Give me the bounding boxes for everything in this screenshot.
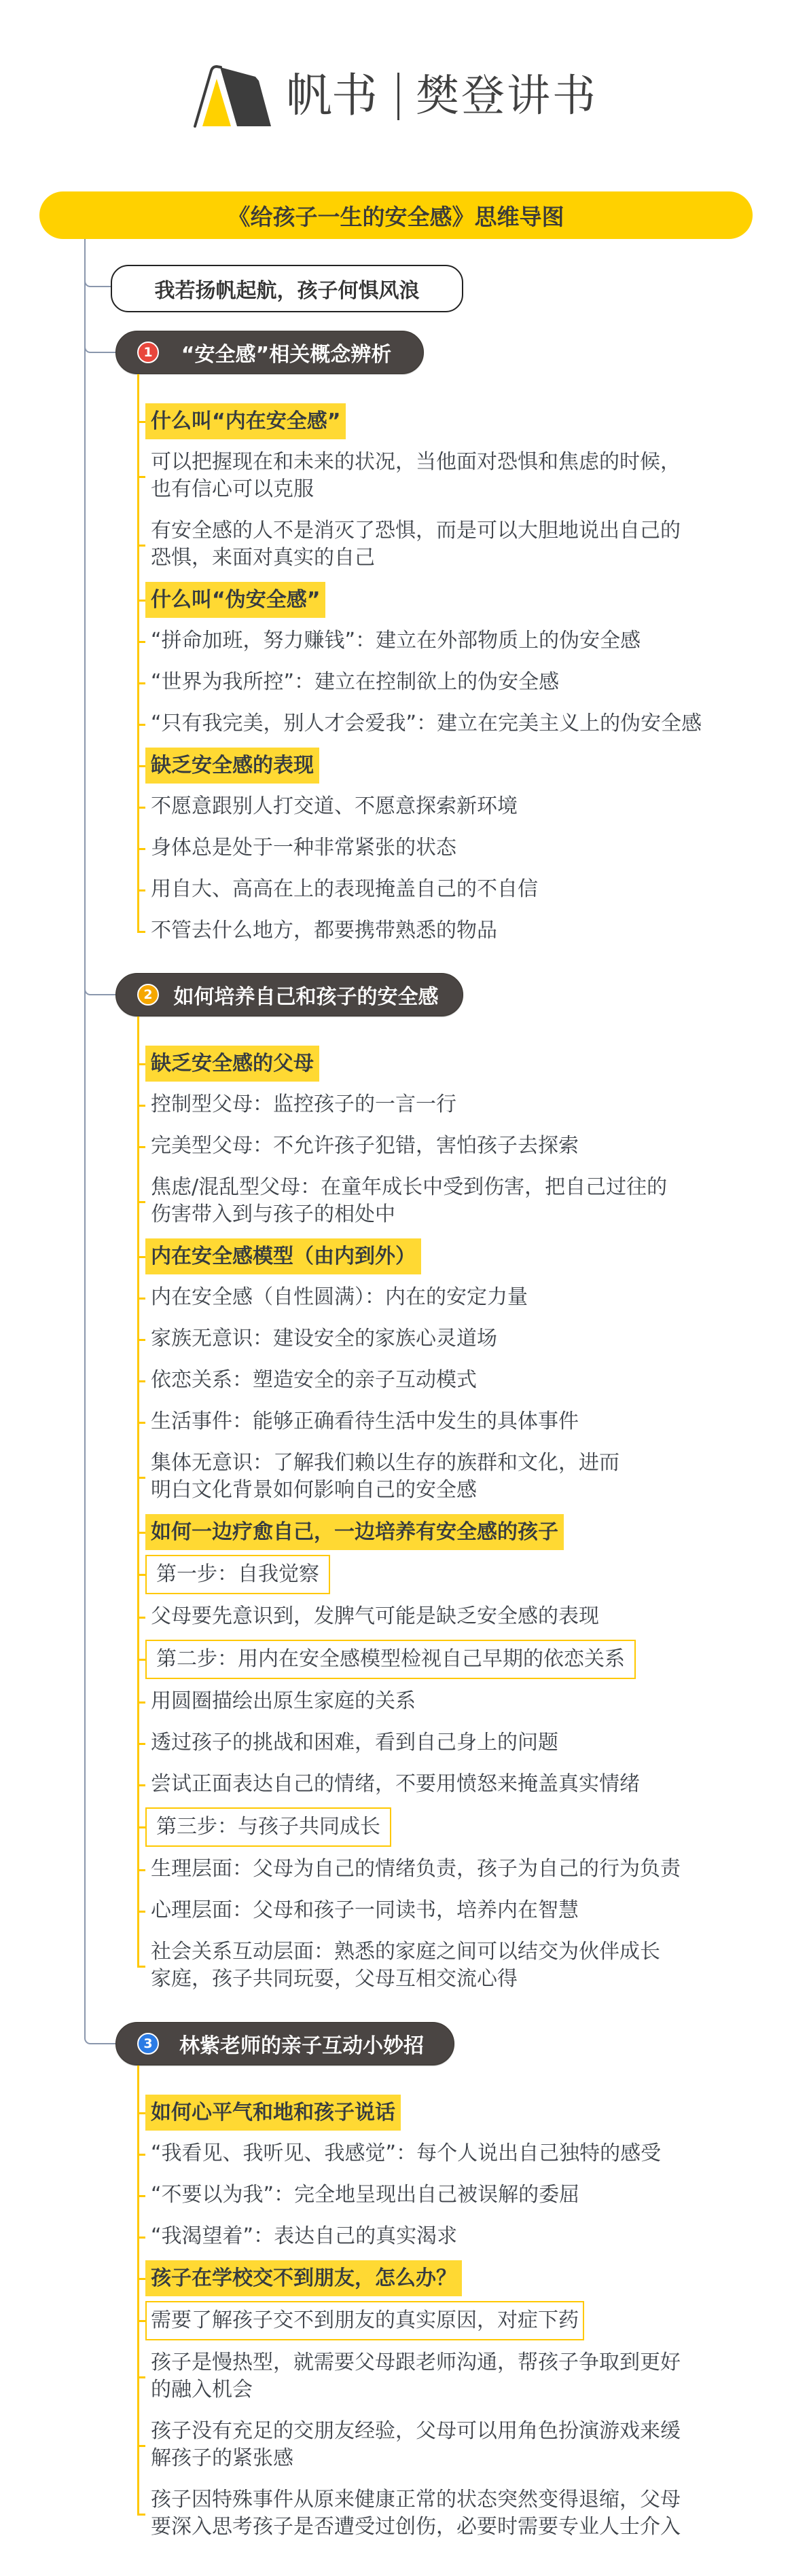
- topic-text: 焦虑/混乱型父母：在童年成长中受到伤害，把自己过往的 伤害带入到与孩子的相处中: [145, 1167, 681, 1236]
- topic-text: 依恋关系：塑造安全的亲子互动模式: [145, 1360, 681, 1401]
- topic-heading: 孩子在学校交不到朋友，怎么办？: [145, 2258, 681, 2299]
- topic-text: 控制型父母：监控孩子的一言一行: [145, 1084, 681, 1126]
- text-label: 孩子是慢热型，就需要父母跟老师沟通，帮孩子争取到更好 的融入机会: [145, 2349, 681, 2404]
- section-title: 如何培养自己和孩子的安全感: [159, 980, 453, 1010]
- text-label: 集体无意识：了解我们赖以生存的族群和文化，进而 明白文化背景如何影响自己的安全感: [145, 1450, 681, 1504]
- text-label: 有安全感的人不是消灭了恐惧，而是可以大胆地说出自己的 恐惧，来面对真实的自己: [145, 517, 702, 572]
- text-label: 身体总是处于一种非常紧张的状态: [145, 834, 702, 862]
- topic-step-box: 需要了解孩子交不到朋友的真实原因，对症下药: [145, 2299, 681, 2342]
- heading-label: 内在安全感模型（由内到外）: [145, 1238, 421, 1274]
- number-3-badge-icon: 3: [137, 2033, 159, 2055]
- topic-heading: 内在安全感模型（由内到外）: [145, 1236, 681, 1277]
- number-2-badge-icon: 2: [137, 984, 159, 1006]
- topic-text: 透过孩子的挑战和困难，看到自己身上的问题: [145, 1723, 681, 1764]
- topic-step-box: 第一步：自我觉察: [145, 1553, 681, 1596]
- section-topics: 如何心平气和地和孩子说话 “我看见、我听见、我感觉”：每个人说出自己独特的感受 …: [137, 2065, 681, 2548]
- brand-divider: [397, 73, 399, 120]
- section-topics: 缺乏安全感的父母 控制型父母：监控孩子的一言一行 完美型父母：不允许孩子犯错，害…: [137, 1016, 681, 2000]
- text-label: “世界为我所控”：建立在控制欲上的伪安全感: [145, 669, 702, 696]
- trunk-connector-line: [84, 239, 86, 2037]
- text-label: 生理层面：父母为自己的情绪负责，孩子为自己的行为负责: [145, 1856, 681, 1883]
- section-header: 2 如何培养自己和孩子的安全感: [115, 973, 463, 1016]
- text-label: “我看见、我听见、我感觉”：每个人说出自己独特的感受: [145, 2140, 681, 2167]
- topic-text: “我渴望着”：表达自己的真实渴求: [145, 2216, 681, 2258]
- text-label: 心理层面：父母和孩子一同读书，培养内在智慧: [145, 1897, 681, 1924]
- heading-label: 什么叫“内在安全感”: [145, 403, 346, 439]
- step-label: 第一步：自我觉察: [145, 1555, 330, 1594]
- text-label: 控制型父母：监控孩子的一言一行: [145, 1091, 681, 1118]
- topic-text: 生理层面：父母为自己的情绪负责，孩子为自己的行为负责: [145, 1849, 681, 1890]
- text-label: 父母要先意识到，发脾气可能是缺乏安全感的表现: [145, 1603, 681, 1630]
- section-title: 林紫老师的亲子互动小妙招: [159, 2029, 444, 2059]
- topic-text: 心理层面：父母和孩子一同读书，培养内在智慧: [145, 1890, 681, 1932]
- text-label: 不愿意跟别人打交道、不愿意探索新环境: [145, 793, 702, 820]
- brand-logo-name: 帆书: [286, 73, 377, 119]
- section-header: 1 “安全感”相关概念辨析: [115, 331, 424, 374]
- text-label: 生活事件：能够正确看待生活中发生的具体事件: [145, 1408, 681, 1435]
- text-label: 孩子因特殊事件从原来健康正常的状态突然变得退缩，父母 要深入思考孩子是否遭受过创…: [145, 2486, 681, 2541]
- text-label: 不管去什么地方，都要携带熟悉的物品: [145, 917, 702, 944]
- text-label: “我渴望着”：表达自己的真实渴求: [145, 2223, 681, 2250]
- text-label: 社会关系互动层面：熟悉的家庭之间可以结交为伙伴成长 家庭，孩子共同玩耍，父母互相…: [145, 1938, 681, 1993]
- topic-text: 社会关系互动层面：熟悉的家庭之间可以结交为伙伴成长 家庭，孩子共同玩耍，父母互相…: [145, 1932, 681, 2000]
- topic-text: 孩子没有充足的交朋友经验，父母可以用角色扮演游戏来缓 解孩子的紧张感: [145, 2411, 681, 2480]
- step-label: 第二步：用内在安全感模型检视自己早期的依恋关系: [145, 1640, 636, 1679]
- topic-text: 父母要先意识到，发脾气可能是缺乏安全感的表现: [145, 1596, 681, 1638]
- text-label: 完美型父母：不允许孩子犯错，害怕孩子去探索: [145, 1133, 681, 1160]
- topic-text: 用圆圈描绘出原生家庭的关系: [145, 1681, 681, 1723]
- topic-text: 用自大、高高在上的表现掩盖自己的不自信: [145, 869, 702, 910]
- subtitle-node: 我若扬帆起航，孩子何惧风浪: [111, 265, 463, 312]
- branch-connector-section-3: [84, 2036, 116, 2044]
- topic-step-box: 第二步：用内在安全感模型检视自己早期的依恋关系: [145, 1638, 681, 1681]
- topic-text: 尝试正面表达自己的情绪，不要用愤怒来掩盖真实情绪: [145, 1764, 681, 1805]
- topic-text: 有安全感的人不是消灭了恐惧，而是可以大胆地说出自己的 恐惧，来面对真实的自己: [145, 511, 702, 579]
- text-label: “拼命加班，努力赚钱”：建立在外部物质上的伪安全感: [145, 627, 702, 655]
- central-topic: 《给孩子一生的安全感》思维导图: [39, 191, 753, 239]
- topic-text: 可以把握现在和未来的状况，当他面对恐惧和焦虑的时候， 也有信心可以克服: [145, 442, 702, 511]
- topic-heading: 什么叫“伪安全感”: [145, 579, 702, 621]
- text-label: 尝试正面表达自己的情绪，不要用愤怒来掩盖真实情绪: [145, 1771, 681, 1798]
- book-sail-logo-icon: [192, 65, 274, 129]
- branch-connector-subtitle: [84, 278, 111, 287]
- topic-text: 完美型父母：不允许孩子犯错，害怕孩子去探索: [145, 1126, 681, 1167]
- topic-heading: 缺乏安全感的表现: [145, 745, 702, 786]
- topic-text: “世界为我所控”：建立在控制欲上的伪安全感: [145, 662, 702, 703]
- topic-heading: 缺乏安全感的父母: [145, 1043, 681, 1084]
- number-1-badge-icon: 1: [137, 342, 159, 363]
- topic-text: 不愿意跟别人打交道、不愿意探索新环境: [145, 786, 702, 828]
- heading-label: 什么叫“伪安全感”: [145, 582, 325, 618]
- topic-text: 孩子是慢热型，就需要父母跟老师沟通，帮孩子争取到更好 的融入机会: [145, 2342, 681, 2411]
- section-title: “安全感”相关概念辨析: [159, 337, 414, 367]
- step-label: 第三步：与孩子共同成长: [145, 1807, 391, 1847]
- topic-text: 不管去什么地方，都要携带熟悉的物品: [145, 910, 702, 952]
- text-label: 用自大、高高在上的表现掩盖自己的不自信: [145, 876, 702, 903]
- heading-label: 缺乏安全感的表现: [145, 748, 319, 784]
- topic-step-box: 第三步：与孩子共同成长: [145, 1805, 681, 1849]
- topic-text: 家族无意识：建设安全的家族心灵道场: [145, 1319, 681, 1360]
- text-label: “不要以为我”：完全地呈现出自己被误解的委屈: [145, 2182, 681, 2209]
- heading-label: 如何心平气和地和孩子说话: [145, 2095, 401, 2131]
- heading-label: 孩子在学校交不到朋友，怎么办？: [145, 2260, 462, 2296]
- topic-text: “不要以为我”：完全地呈现出自己被误解的委屈: [145, 2175, 681, 2216]
- section-header: 3 林紫老师的亲子互动小妙招: [115, 2022, 454, 2065]
- topic-text: “我看见、我听见、我感觉”：每个人说出自己独特的感受: [145, 2133, 681, 2175]
- topic-heading: 如何心平气和地和孩子说话: [145, 2092, 681, 2133]
- topic-text: “拼命加班，努力赚钱”：建立在外部物质上的伪安全感: [145, 621, 702, 662]
- text-label: 内在安全感（自性圆满）：内在的安定力量: [145, 1284, 681, 1311]
- mind-map-page: 帆书 樊登讲书 《给孩子一生的安全感》思维导图 我若扬帆起航，孩子何惧风浪 1 …: [0, 0, 792, 2576]
- topic-text: 集体无意识：了解我们赖以生存的族群和文化，进而 明白文化背景如何影响自己的安全感: [145, 1443, 681, 1511]
- text-label: 孩子没有充足的交朋友经验，父母可以用角色扮演游戏来缓 解孩子的紧张感: [145, 2418, 681, 2472]
- brand-product-name: 樊登讲书: [416, 75, 598, 118]
- text-label: 家族无意识：建设安全的家族心灵道场: [145, 1325, 681, 1353]
- brand-header: 帆书 樊登讲书: [192, 63, 598, 130]
- branch-connector-section-1: [84, 344, 116, 353]
- heading-label: 如何一边疗愈自己，一边培养有安全感的孩子: [145, 1514, 564, 1550]
- map-title: 《给孩子一生的安全感》思维导图: [228, 200, 564, 232]
- topic-text: “只有我完美，别人才会爱我”：建立在完美主义上的伪安全感: [145, 703, 702, 745]
- topic-text: 孩子因特殊事件从原来健康正常的状态突然变得退缩，父母 要深入思考孩子是否遭受过创…: [145, 2480, 681, 2548]
- heading-label: 缺乏安全感的父母: [145, 1046, 319, 1082]
- topic-text: 内在安全感（自性圆满）：内在的安定力量: [145, 1277, 681, 1319]
- text-label: 用圆圈描绘出原生家庭的关系: [145, 1688, 681, 1715]
- topic-text: 生活事件：能够正确看待生活中发生的具体事件: [145, 1401, 681, 1443]
- subtitle-text: 我若扬帆起航，孩子何惧风浪: [155, 274, 420, 303]
- topic-heading: 什么叫“内在安全感”: [145, 401, 702, 442]
- step-label: 需要了解孩子交不到朋友的真实原因，对症下药: [145, 2301, 584, 2340]
- topic-text: 身体总是处于一种非常紧张的状态: [145, 828, 702, 869]
- text-label: 透过孩子的挑战和困难，看到自己身上的问题: [145, 1729, 681, 1756]
- text-label: 可以把握现在和未来的状况，当他面对恐惧和焦虑的时候， 也有信心可以克服: [145, 449, 702, 503]
- text-label: 焦虑/混乱型父母：在童年成长中受到伤害，把自己过往的 伤害带入到与孩子的相处中: [145, 1174, 681, 1228]
- topic-heading: 如何一边疗愈自己，一边培养有安全感的孩子: [145, 1511, 681, 1553]
- section-topics: 什么叫“内在安全感” 可以把握现在和未来的状况，当他面对恐惧和焦虑的时候， 也有…: [137, 374, 702, 952]
- text-label: 依恋关系：塑造安全的亲子互动模式: [145, 1367, 681, 1394]
- branch-connector-section-2: [84, 987, 116, 995]
- text-label: “只有我完美，别人才会爱我”：建立在完美主义上的伪安全感: [145, 710, 702, 737]
